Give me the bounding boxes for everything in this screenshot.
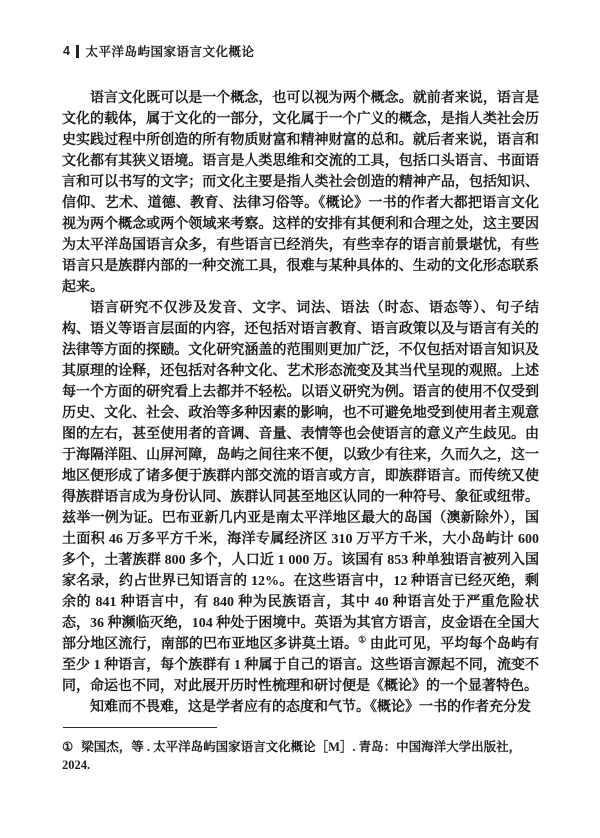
header-divider-bar <box>76 45 79 58</box>
paragraph: 语言研究不仅涉及发音、文字、词法、语法（时态、语态等）、句子结构、语义等语言层面… <box>62 298 539 697</box>
footnote-ref-marker: ① <box>358 634 366 644</box>
page-number: 4 <box>63 44 70 58</box>
running-header-title: 太平洋岛屿国家语言文化概论 <box>85 42 254 60</box>
footnote: ①梁国杰，等 . 太平洋岛屿国家语言文化概论［M］. 青岛：中国海洋大学出版社，… <box>62 738 540 774</box>
body-paragraphs: 语言文化既可以是一个概念，也可以视为两个概念。就前者来说，语言是文化的载体，属于… <box>62 88 539 718</box>
footnote-divider <box>63 727 217 728</box>
footnote-marker: ① <box>62 740 73 754</box>
running-header: 4 太平洋岛屿国家语言文化概论 <box>63 42 254 60</box>
footnote-text: 梁国杰，等 . 太平洋岛屿国家语言文化概论［M］. 青岛：中国海洋大学出版社，2… <box>62 740 521 772</box>
paragraph: 知难而不畏难，这是学者应有的态度和气节。《概论》一书的作者充分发 <box>62 697 539 718</box>
book-page: 4 太平洋岛屿国家语言文化概论 语言文化既可以是一个概念，也可以视为两个概念。就… <box>0 0 600 838</box>
paragraph: 语言文化既可以是一个概念，也可以视为两个概念。就前者来说，语言是文化的载体，属于… <box>62 88 539 298</box>
